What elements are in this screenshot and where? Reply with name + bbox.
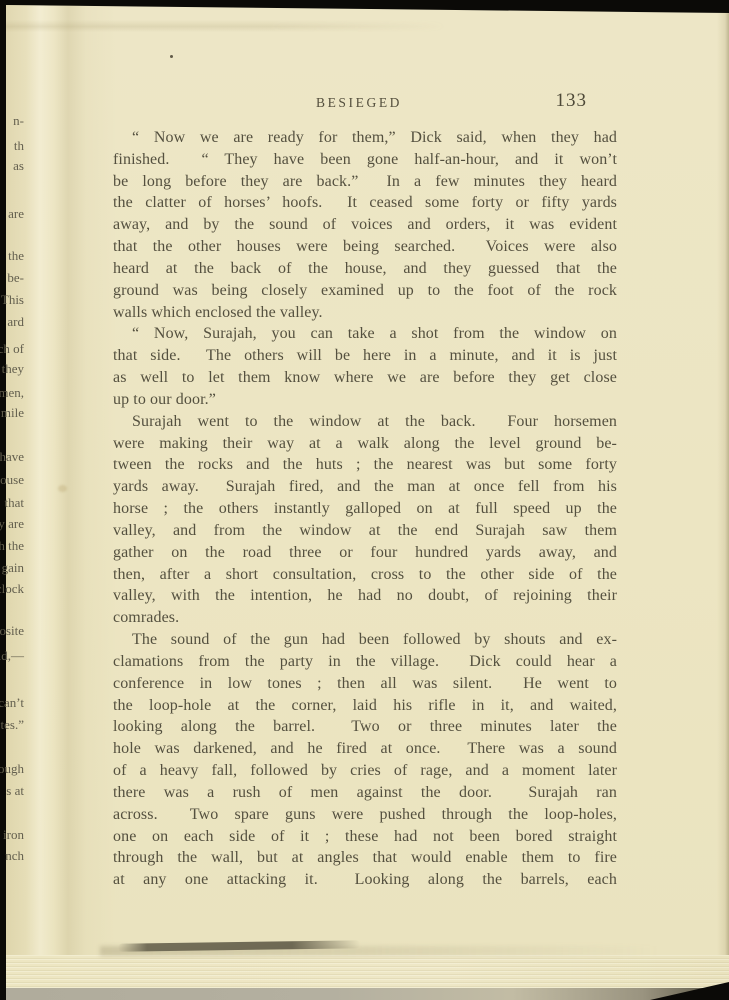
book-page-surface: BESIEGED 133 “ Now we are ready for them… [6,4,729,955]
scanner-bed-strip [6,988,729,1000]
facing-page-fragments: n-thasarethebe-Thisardch oftheymen,mileh… [0,0,30,1000]
text-line: that the other houses were being searche… [113,236,617,258]
page-top-edge-shadow [6,20,446,32]
fragment-text: men, [0,386,24,400]
fragment-text: are [8,207,24,221]
text-line: up to our door.” [113,389,617,411]
scanned-book-page: BESIEGED 133 “ Now we are ready for them… [0,0,729,1000]
text-line: conference in low tones ; then all was s… [113,673,617,695]
text-line: yards away. Surajah fired, and the man a… [113,476,617,498]
text-line: valley, and from the window at the end S… [113,520,617,542]
text-line: of a heavy fall, followed by cries of ra… [113,760,617,782]
page-number: 133 [556,90,588,112]
fragment-text: id,— [0,649,24,663]
text-line: tween the rocks and the huts ; the neare… [113,454,617,476]
text-line: at any one attacking it. Looking along t… [113,869,617,891]
paper-speck [170,55,173,58]
text-line: horse ; the others instantly galloped on… [113,498,617,520]
text-line: away, and by the sound of voices and ord… [113,214,617,236]
fragment-text: that [5,496,25,510]
fragment-text: osite [0,624,24,638]
fragment-text: th [14,139,24,153]
text-line: one on each side of it ; these had not b… [113,826,617,848]
text-line: “ Now, Surajah, you can take a shot from… [113,323,617,345]
text-line: hole was darkened, and he fired at once.… [113,738,617,760]
fragment-text: they [2,362,24,376]
text-line: comrades. [113,607,617,629]
fragment-text: tes.” [1,718,24,732]
fragment-text: n- [13,114,24,128]
fragment-text: clock [0,582,24,596]
text-line: as well to let them know where we are be… [113,367,617,389]
text-line: there was a rush of men against the door… [113,782,617,804]
text-line: gather on the road three or four hundred… [113,542,617,564]
text-line: that side. The others will be here in a … [113,345,617,367]
fragment-text: s at [6,784,24,798]
fragment-text: ch of [0,342,24,356]
text-line: through the wall, but at angles that wou… [113,847,617,869]
fragment-text: iron [3,828,24,842]
body-text: “ Now we are ready for them,” Dick said,… [113,127,617,891]
page-header: BESIEGED 133 [113,90,617,116]
fragment-text: the [8,249,24,263]
text-line: “ Now we are ready for them,” Dick said,… [113,127,617,149]
text-line: looking along the barrel. Two or three m… [113,716,617,738]
fragment-text: nch [5,849,24,863]
text-line: be long before they are back.” In a few … [113,171,617,193]
text-line: then, after a short consultation, cross … [113,564,617,586]
text-line: the clatter of horses’ hoofs. It ceased … [113,192,617,214]
fragment-text: be- [7,271,24,285]
fragment-text: have [0,450,24,464]
bottom-page-stack-edge [6,955,729,989]
fragment-text: h the [0,539,24,553]
fragment-text: ard [7,315,24,329]
text-line: ground was being closely examined up to … [113,280,617,302]
fragment-text: This [1,293,24,307]
text-line: walls which enclosed the valley. [113,302,617,324]
fragment-text: gain [2,561,24,575]
text-line: clamations from the party in the village… [113,651,617,673]
text-line: The sound of the gun had been followed b… [113,629,617,651]
fragment-text: mile [1,406,24,420]
fragment-text: as [13,159,24,173]
paper-blotch [58,485,67,492]
fragment-text: house [0,473,24,487]
running-title: BESIEGED [316,95,402,111]
text-line: across. Two spare guns were pushed throu… [113,804,617,826]
fragment-text: y are [0,517,24,531]
page-right-edge-shadow [717,4,729,955]
text-line: heard at the back of the house, and they… [113,258,617,280]
text-line: Surajah went to the window at the back. … [113,411,617,433]
text-line: valley, with the intention, he had no do… [113,585,617,607]
fragment-text: can’t [0,696,24,710]
fragment-text: ough [0,762,24,776]
text-line: finished. “ They have been gone half-an-… [113,149,617,171]
text-line: were making their way at a walk along th… [113,433,617,455]
text-line: the loop-hole at the corner, laid his ri… [113,695,617,717]
